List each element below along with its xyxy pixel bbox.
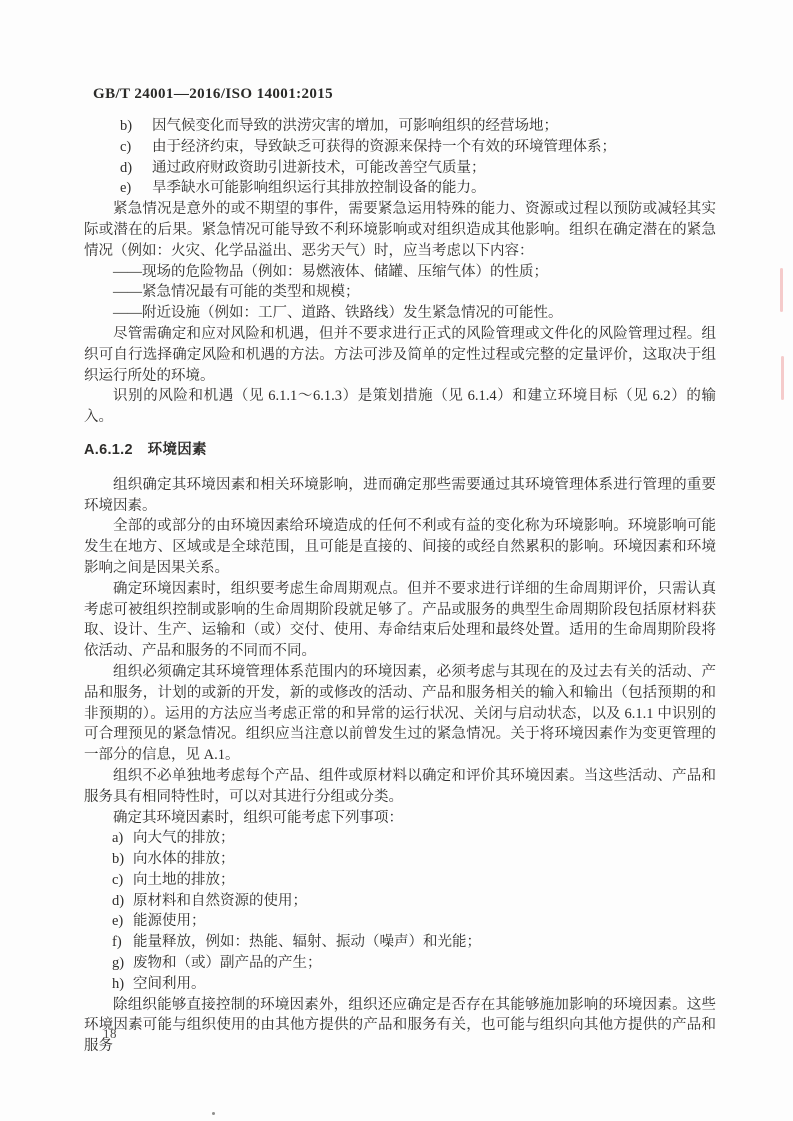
list-marker: b) <box>112 849 124 870</box>
list-item: f) 能量释放，例如：热能、辐射、振动（噪声）和光能； <box>84 932 716 953</box>
list-item: a) 向大气的排放； <box>84 828 716 849</box>
list-marker: h) <box>112 974 124 995</box>
list-item-text: 通过政府财政资助引进新技术，可能改善空气质量； <box>152 160 486 176</box>
paragraph: 识别的风险和机遇（见 6.1.1～6.1.3）是策划措施（见 6.1.4）和建立… <box>84 386 716 428</box>
list-marker: d) <box>112 891 124 912</box>
paragraph: 除组织能够直接控制的环境因素外，组织还应确定是否存在其能够施加影响的环境因素。这… <box>84 995 716 1057</box>
body-content: b) 因气候变化而导致的洪涝灾害的增加，可影响组织的经营场地； c) 由于经济约… <box>84 116 716 1057</box>
paragraph: 全部的或部分的由环境因素给环境造成的任何不利或有益的变化称为环境影响。环境影响可… <box>84 516 716 578</box>
paragraph: 组织必须确定其环境管理体系范围内的环境因素，必须考虑与其现在的及过去有关的活动、… <box>84 662 716 766</box>
list-item-text: 向土地的排放； <box>133 872 235 888</box>
paragraph: 组织确定其环境因素和相关环境影响，进而确定那些需要通过其环境管理体系进行管理的重… <box>84 475 716 517</box>
list-item-text: 原材料和自然资源的使用； <box>133 893 307 909</box>
list-item: h) 空间利用。 <box>84 974 716 995</box>
list-marker: f) <box>112 932 122 953</box>
paragraph: 尽管需确定和应对风险和机遇，但并不要求进行正式的风险管理或文件化的风险管理过程。… <box>84 324 716 386</box>
list-item-text: 废物和（或）副产品的产生； <box>133 955 322 971</box>
list-item: b) 向水体的排放； <box>84 849 716 870</box>
list-item-text: 向水体的排放； <box>133 851 235 867</box>
dash-item: ——紧急情况最有可能的类型和规模； <box>84 282 716 303</box>
list-item-text: 旱季缺水可能影响组织运行其排放控制设备的能力。 <box>152 180 486 196</box>
list-marker: e) <box>112 911 123 932</box>
list-marker: d) <box>120 158 132 179</box>
page-number: 18 <box>103 1026 117 1042</box>
dash-item: ——现场的危险物品（例如：易燃液体、储罐、压缩气体）的性质； <box>84 262 716 283</box>
paragraph: 紧急情况是意外的或不期望的事件，需要紧急运用特殊的能力、资源或过程以预防或减轻其… <box>84 199 716 261</box>
list-item: b) 因气候变化而导致的洪涝灾害的增加，可影响组织的经营场地； <box>84 116 716 137</box>
list-item: d) 通过政府财政资助引进新技术，可能改善空气质量； <box>84 158 716 179</box>
section-heading: A.6.1.2 环境因素 <box>84 440 716 461</box>
list-item: e) 能源使用； <box>84 911 716 932</box>
red-margin-mark <box>780 268 783 312</box>
document-page: GB/T 24001—2016/ISO 14001:2015 b) 因气候变化而… <box>0 0 793 1121</box>
list-marker: e) <box>120 178 131 199</box>
document-header: GB/T 24001—2016/ISO 14001:2015 <box>93 86 333 103</box>
list-item-text: 能源使用； <box>133 913 206 929</box>
scan-speck <box>212 1112 215 1115</box>
list-item: e) 旱季缺水可能影响组织运行其排放控制设备的能力。 <box>84 178 716 199</box>
paragraph: 确定环境因素时，组织要考虑生命周期观点。但并不要求进行详细的生命周期评价，只需认… <box>84 579 716 662</box>
list-item-text: 空间利用。 <box>133 976 206 992</box>
paragraph: 确定其环境因素时，组织可能考虑下列事项： <box>84 808 716 829</box>
list-marker: g) <box>112 953 124 974</box>
red-margin-mark <box>781 356 784 400</box>
list-item: d) 原材料和自然资源的使用； <box>84 891 716 912</box>
list-marker: c) <box>112 870 123 891</box>
list-item-text: 能量释放，例如：热能、辐射、振动（噪声）和光能； <box>133 934 481 950</box>
list-item: c) 由于经济约束，导致缺乏可获得的资源来保持一个有效的环境管理体系； <box>84 137 716 158</box>
list-item-text: 由于经济约束，导致缺乏可获得的资源来保持一个有效的环境管理体系； <box>152 139 616 155</box>
paragraph: 组织不必单独地考虑每个产品、组件或原材料以确定和评价其环境因素。当这些活动、产品… <box>84 766 716 808</box>
list-marker: c) <box>120 137 131 158</box>
list-item-text: 向大气的排放； <box>133 830 235 846</box>
dash-item: ——附近设施（例如：工厂、道路、铁路线）发生紧急情况的可能性。 <box>84 303 716 324</box>
list-item: g) 废物和（或）副产品的产生； <box>84 953 716 974</box>
list-item: c) 向土地的排放； <box>84 870 716 891</box>
list-marker: a) <box>112 828 123 849</box>
list-item-text: 因气候变化而导致的洪涝灾害的增加，可影响组织的经营场地； <box>152 118 558 134</box>
list-marker: b) <box>120 116 132 137</box>
